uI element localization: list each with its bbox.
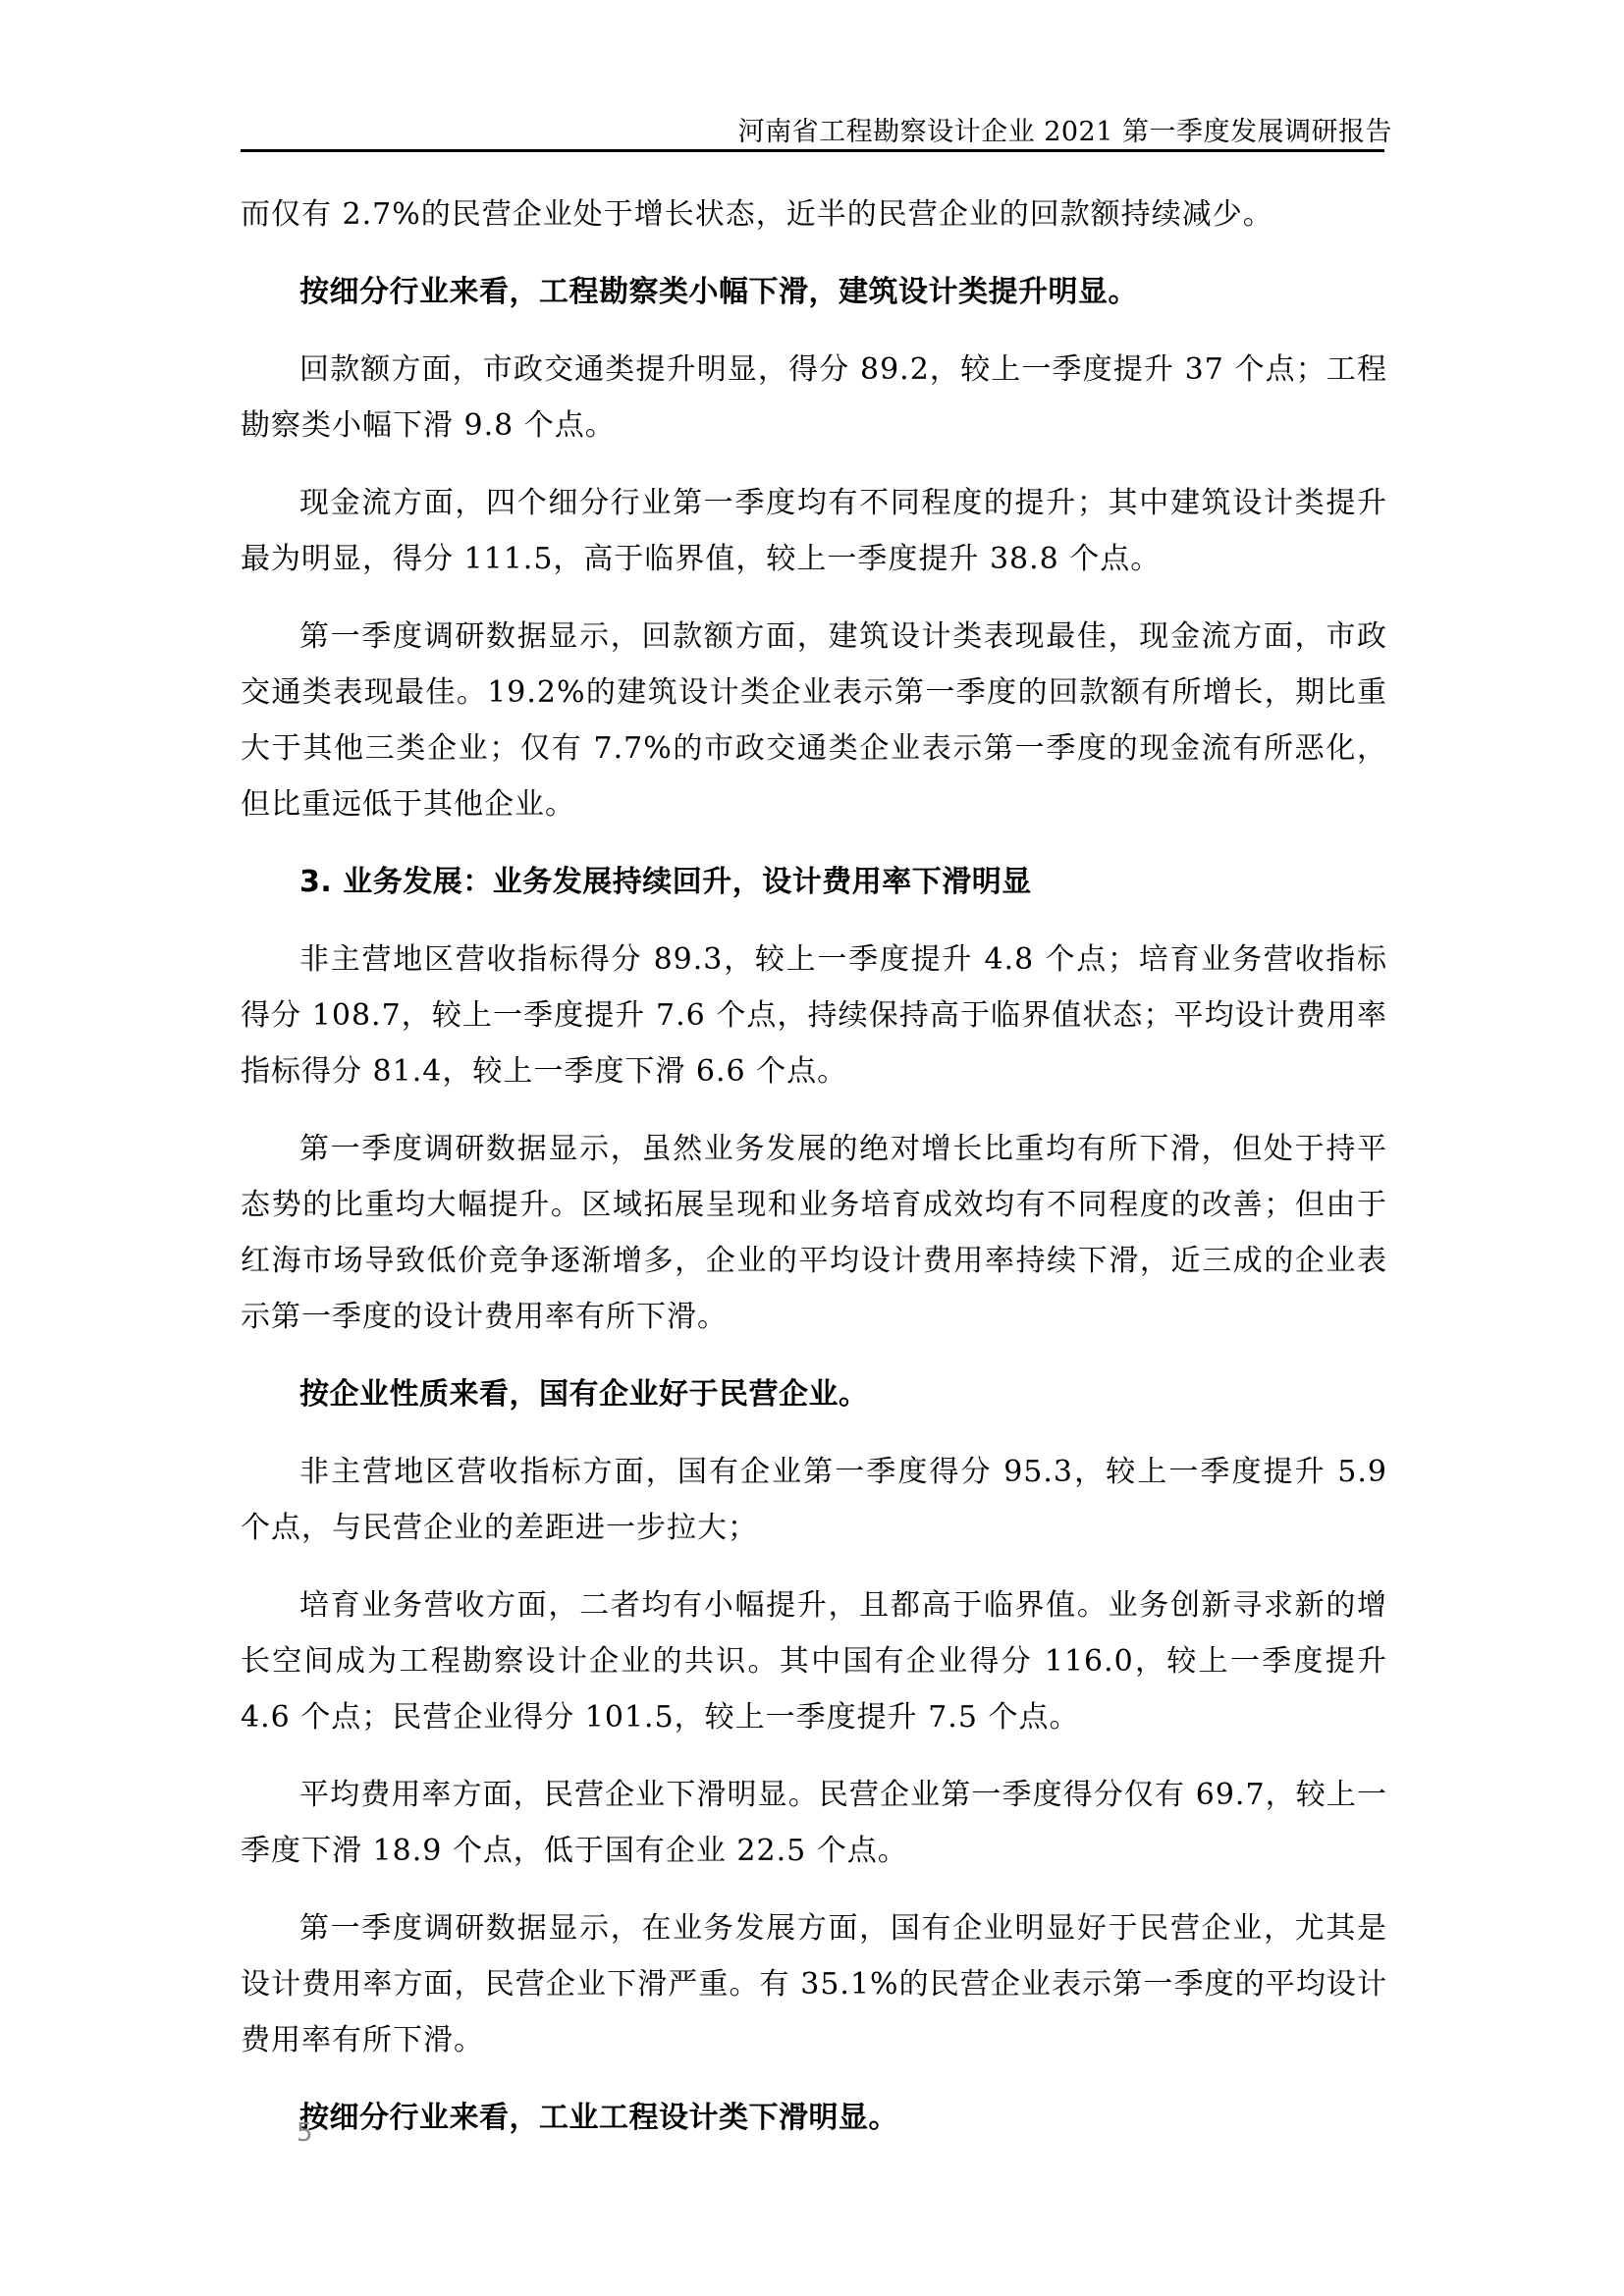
paragraph-incubation-revenue: 培育业务营收方面，二者均有小幅提升，且都高于临界值。业务创新寻求新的增长空间成为… [241,1577,1387,1745]
paragraph-continuation: 而仅有 2.7%的民营企业处于增长状态，近半的民营企业的回款额持续减少。 [241,187,1387,242]
section-heading-business-development: 3. 业务发展：业务发展持续回升，设计费用率下滑明显 [241,854,1387,910]
page-number: 5 [297,2118,313,2148]
paragraph-business-indicators: 非主营地区营收指标得分 89.3，较上一季度提升 4.8 个点；培育业务营收指标… [241,932,1387,1099]
paragraph-non-main-region: 非主营地区营收指标方面，国有企业第一季度得分 95.3，较上一季度提升 5.9 … [241,1444,1387,1556]
subheading-enterprise-nature: 按企业性质来看，国有企业好于民营企业。 [241,1366,1387,1422]
paragraph-receivables: 回款额方面，市政交通类提升明显，得分 89.2，较上一季度提升 37 个点；工程… [241,342,1387,454]
subheading-industry-breakdown: 按细分行业来看，工程勘察类小幅下滑，建筑设计类提升明显。 [241,264,1387,320]
paragraph-business-survey-nature: 第一季度调研数据显示，在业务发展方面，国有企业明显好于民营企业，尤其是设计费用率… [241,1900,1387,2068]
header-divider [241,149,1384,152]
report-title: 河南省工程勘察设计企业 2021 第一季度发展调研报告 [738,110,1392,148]
paragraph-business-survey: 第一季度调研数据显示，虽然业务发展的绝对增长比重均有所下滑，但处于持平态势的比重… [241,1121,1387,1345]
paragraph-fee-rate: 平均费用率方面，民营企业下滑明显。民营企业第一季度得分仅有 69.7，较上一季度… [241,1767,1387,1879]
page-body: 而仅有 2.7%的民营企业处于增长状态，近半的民营企业的回款额持续减少。 按细分… [241,187,1387,2167]
paragraph-survey-data: 第一季度调研数据显示，回款额方面，建筑设计类表现最佳，现金流方面，市政交通类表现… [241,609,1387,832]
paragraph-cashflow: 现金流方面，四个细分行业第一季度均有不同程度的提升；其中建筑设计类提升最为明显，… [241,475,1387,587]
subheading-industry-industrial: 按细分行业来看，工业工程设计类下滑明显。 [241,2090,1387,2146]
